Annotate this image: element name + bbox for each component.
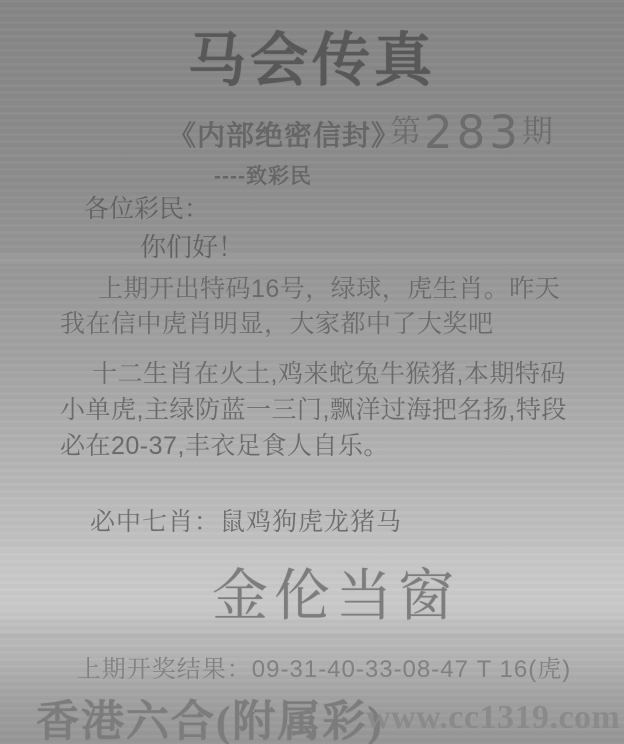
fax-document-page: 马会传真 《内部绝密信封》 第283期 ----致彩民 各位彩民： 你们好！ 上… [0,0,624,744]
last-draw-result-line: 上期开奖结果：09-31-40-33-08-47 T 16(虎) [0,649,624,684]
footer-website-url: www.cc1319.com [366,699,620,737]
issue-suffix: 期 [522,114,556,149]
scan-band [0,254,624,264]
seven-zodiac-tip-line: 必中七肖：鼠鸡狗虎龙猪马 [90,502,402,538]
body-paragraph-1: 上期开出特码16号，绿球，虎生肖。昨天我在信中虎肖明显，大家都中了大奖吧 [60,272,568,342]
document-title: 马会传真 [0,28,624,95]
issue-number-label: 第283期 [390,106,556,159]
envelope-label: 《内部绝密信封》 [168,114,400,154]
scan-band [0,634,624,639]
highlight-phrase: 金伦当窗 [0,552,624,632]
greeting-line: 你们好！ [140,227,244,264]
footer-brand: 香港六合(附属彩) [36,688,384,744]
dedication-line: ----致彩民 [214,160,312,190]
salutation-line: 各位彩民： [84,189,209,225]
issue-prefix: 第 [390,114,424,149]
body-paragraph-2: 十二生肖在火土,鸡来蛇兔牛猴猪,本期特码小单虎,主绿防蓝一三门,飘洋过海把名扬,… [60,356,568,464]
issue-number: 283 [424,106,522,159]
